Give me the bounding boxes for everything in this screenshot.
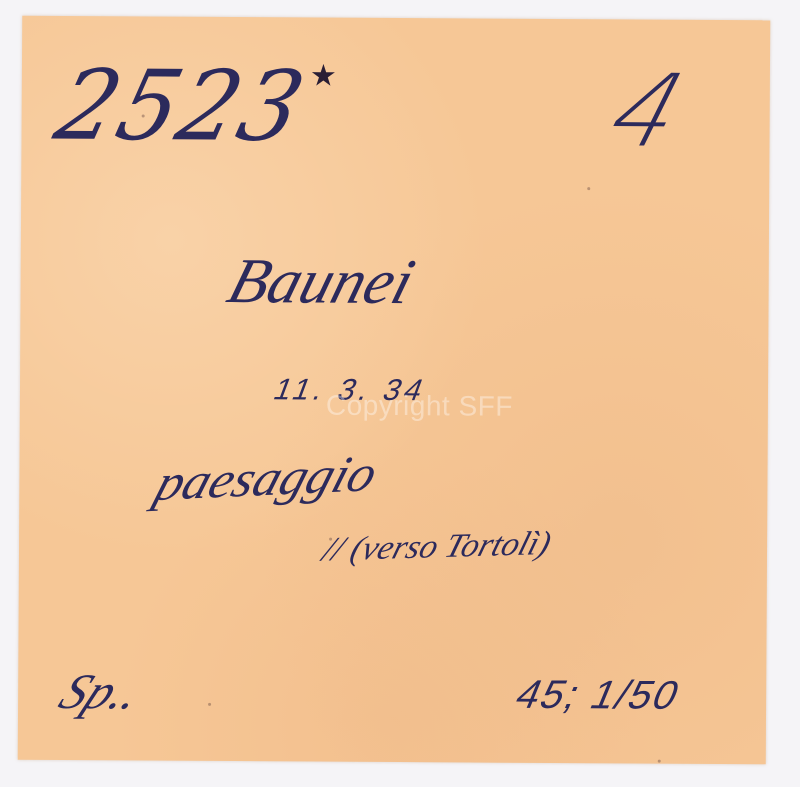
scan-background: 2523 ★ 4 Baunei 11. 3. 34 paesaggio // (… — [0, 0, 800, 787]
location-name: Baunei — [221, 249, 421, 314]
star-icon: ★ — [310, 61, 337, 91]
subject-text: paesaggio — [149, 448, 383, 510]
subject-note: // (verso Tortolì) — [319, 527, 555, 567]
photographer-initials: Sp.. — [52, 666, 151, 716]
index-card: 2523 ★ 4 Baunei 11. 3. 34 paesaggio // (… — [18, 16, 771, 765]
subject-word: paesaggio — [149, 445, 385, 512]
paper-speck — [142, 114, 145, 117]
exposure-settings: 45; 1/50 — [510, 675, 687, 716]
paper-speck — [208, 703, 211, 706]
photo-date: 11. 3. 34 — [269, 375, 431, 406]
corner-mark: 4 — [591, 61, 704, 161]
subject-note-text: (verso Tortolì) — [346, 525, 555, 568]
paper-speck — [329, 538, 332, 541]
paper-speck — [587, 187, 590, 190]
paper-speck — [658, 760, 661, 763]
catalog-number: 2523 — [47, 58, 314, 156]
ditto-mark: // — [318, 531, 348, 568]
